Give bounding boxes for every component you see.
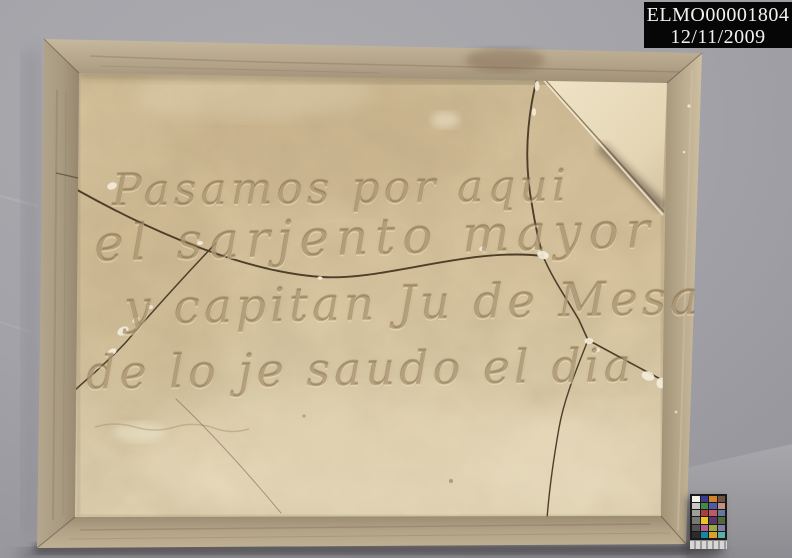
color-checker-grid [692, 496, 725, 538]
color-patch [718, 510, 726, 516]
color-patch [709, 532, 717, 538]
color-patch [709, 510, 717, 516]
color-patch [718, 532, 726, 538]
color-patch [718, 517, 726, 523]
color-patch [709, 503, 717, 509]
color-patch [692, 496, 700, 502]
color-patch [718, 503, 726, 509]
color-patch [718, 525, 726, 531]
frame-rail-left [37, 39, 79, 548]
frame-shadow [20, 548, 720, 558]
color-patch [692, 525, 700, 531]
color-patch [709, 496, 717, 502]
color-patch [701, 510, 709, 516]
color-checker-base [690, 540, 727, 549]
color-patch [692, 510, 700, 516]
color-patch [701, 503, 709, 509]
color-patch [692, 503, 700, 509]
color-patch [701, 532, 709, 538]
catalog-id: ELMO00001804 [644, 4, 792, 26]
color-patch [701, 525, 709, 531]
color-patch [701, 496, 709, 502]
color-patch [709, 517, 717, 523]
color-patch [709, 525, 717, 531]
scene [0, 0, 792, 558]
color-patch [692, 532, 700, 538]
color-checker-card [690, 494, 727, 549]
color-patch [701, 517, 709, 523]
catalog-label: ELMO00001804 12/11/2009 [644, 2, 792, 48]
color-patch [692, 517, 700, 523]
museum-photograph: Pasamos por aqui el sarjento mayor y cap… [0, 0, 792, 558]
color-patch [718, 496, 726, 502]
frame-rail-bottom [37, 516, 686, 548]
left-wall-shade [22, 50, 40, 540]
catalog-date: 12/11/2009 [644, 26, 792, 48]
